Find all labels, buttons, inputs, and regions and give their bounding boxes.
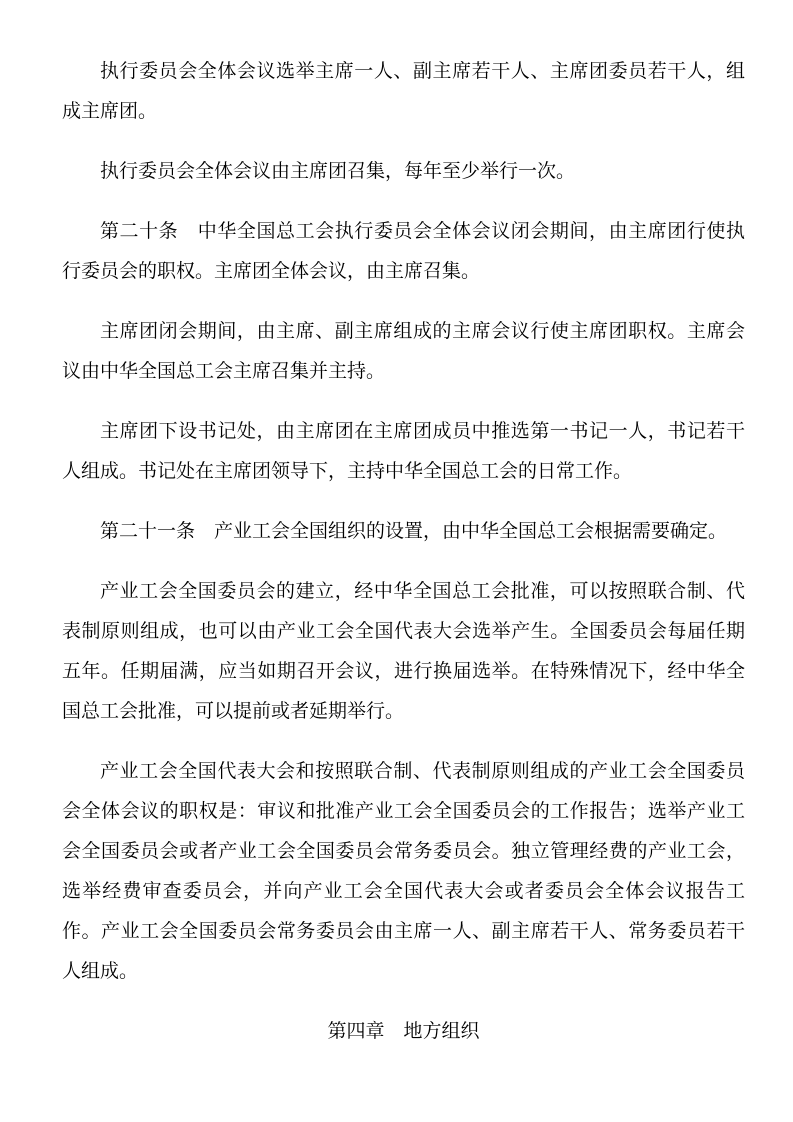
document-page: 执行委员会全体会议选举主席一人、副主席若干人、主席团委员若干人，组成主席团。 执… xyxy=(0,0,793,1122)
paragraph-article-20: 第二十条 中华全国总工会执行委员会全体会议闭会期间，由主席团行使执行委员会的职权… xyxy=(62,212,745,292)
paragraph-article-21: 第二十一条 产业工会全国组织的设置，由中华全国总工会根据需要确定。 xyxy=(62,512,745,552)
paragraph: 执行委员会全体会议选举主席一人、副主席若干人、主席团委员若干人，组成主席团。 xyxy=(62,52,745,132)
paragraph: 执行委员会全体会议由主席团召集，每年至少举行一次。 xyxy=(62,152,745,192)
chapter-heading: 第四章 地方组织 xyxy=(62,1012,745,1052)
paragraph: 产业工会全国代表大会和按照联合制、代表制原则组成的产业工会全国委员会全体会议的职… xyxy=(62,752,745,992)
paragraph: 主席团闭会期间，由主席、副主席组成的主席会议行使主席团职权。主席会议由中华全国总… xyxy=(62,312,745,392)
paragraph: 主席团下设书记处，由主席团在主席团成员中推选第一书记一人，书记若干人组成。书记处… xyxy=(62,412,745,492)
paragraph: 产业工会全国委员会的建立，经中华全国总工会批准，可以按照联合制、代表制原则组成，… xyxy=(62,572,745,732)
